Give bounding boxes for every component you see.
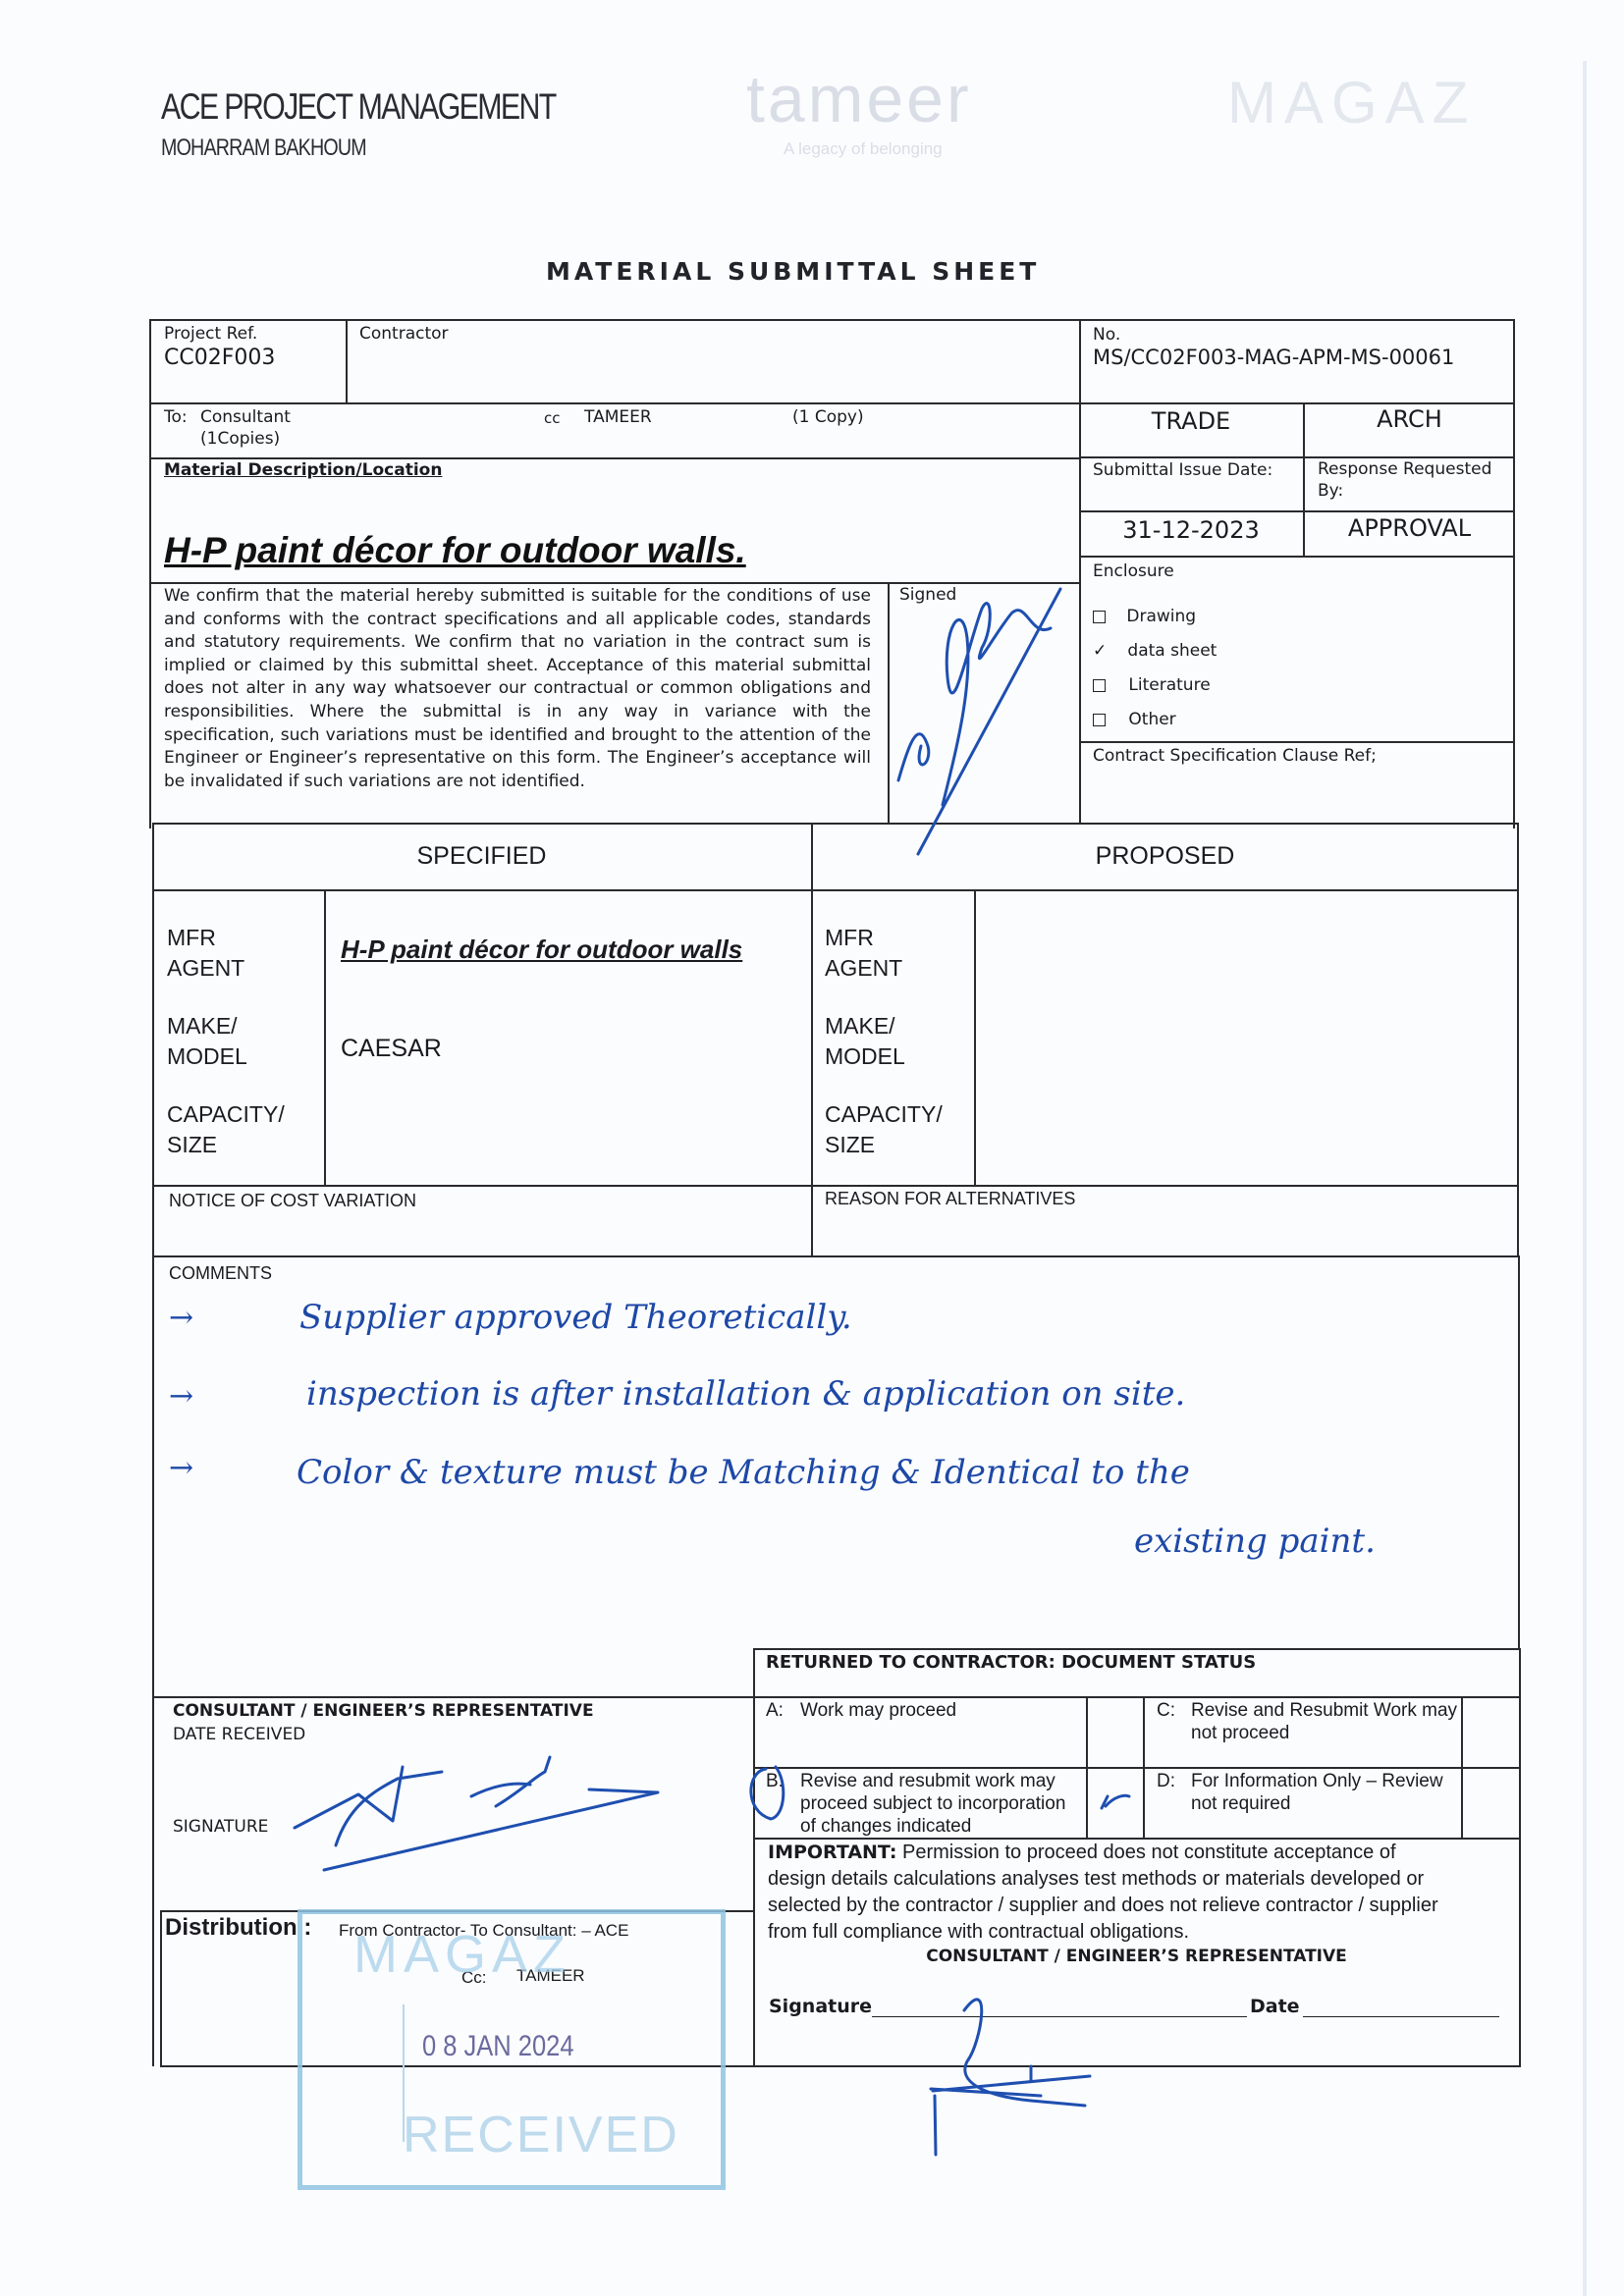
consultant-signature	[295, 1757, 658, 1870]
status-tick-mark	[1102, 1795, 1129, 1808]
approval-signature	[931, 2000, 1090, 2155]
contractor-signature	[898, 589, 1060, 854]
handwritten-ink-overlay	[0, 0, 1624, 2296]
status-b-circle-mark	[751, 1767, 784, 1819]
